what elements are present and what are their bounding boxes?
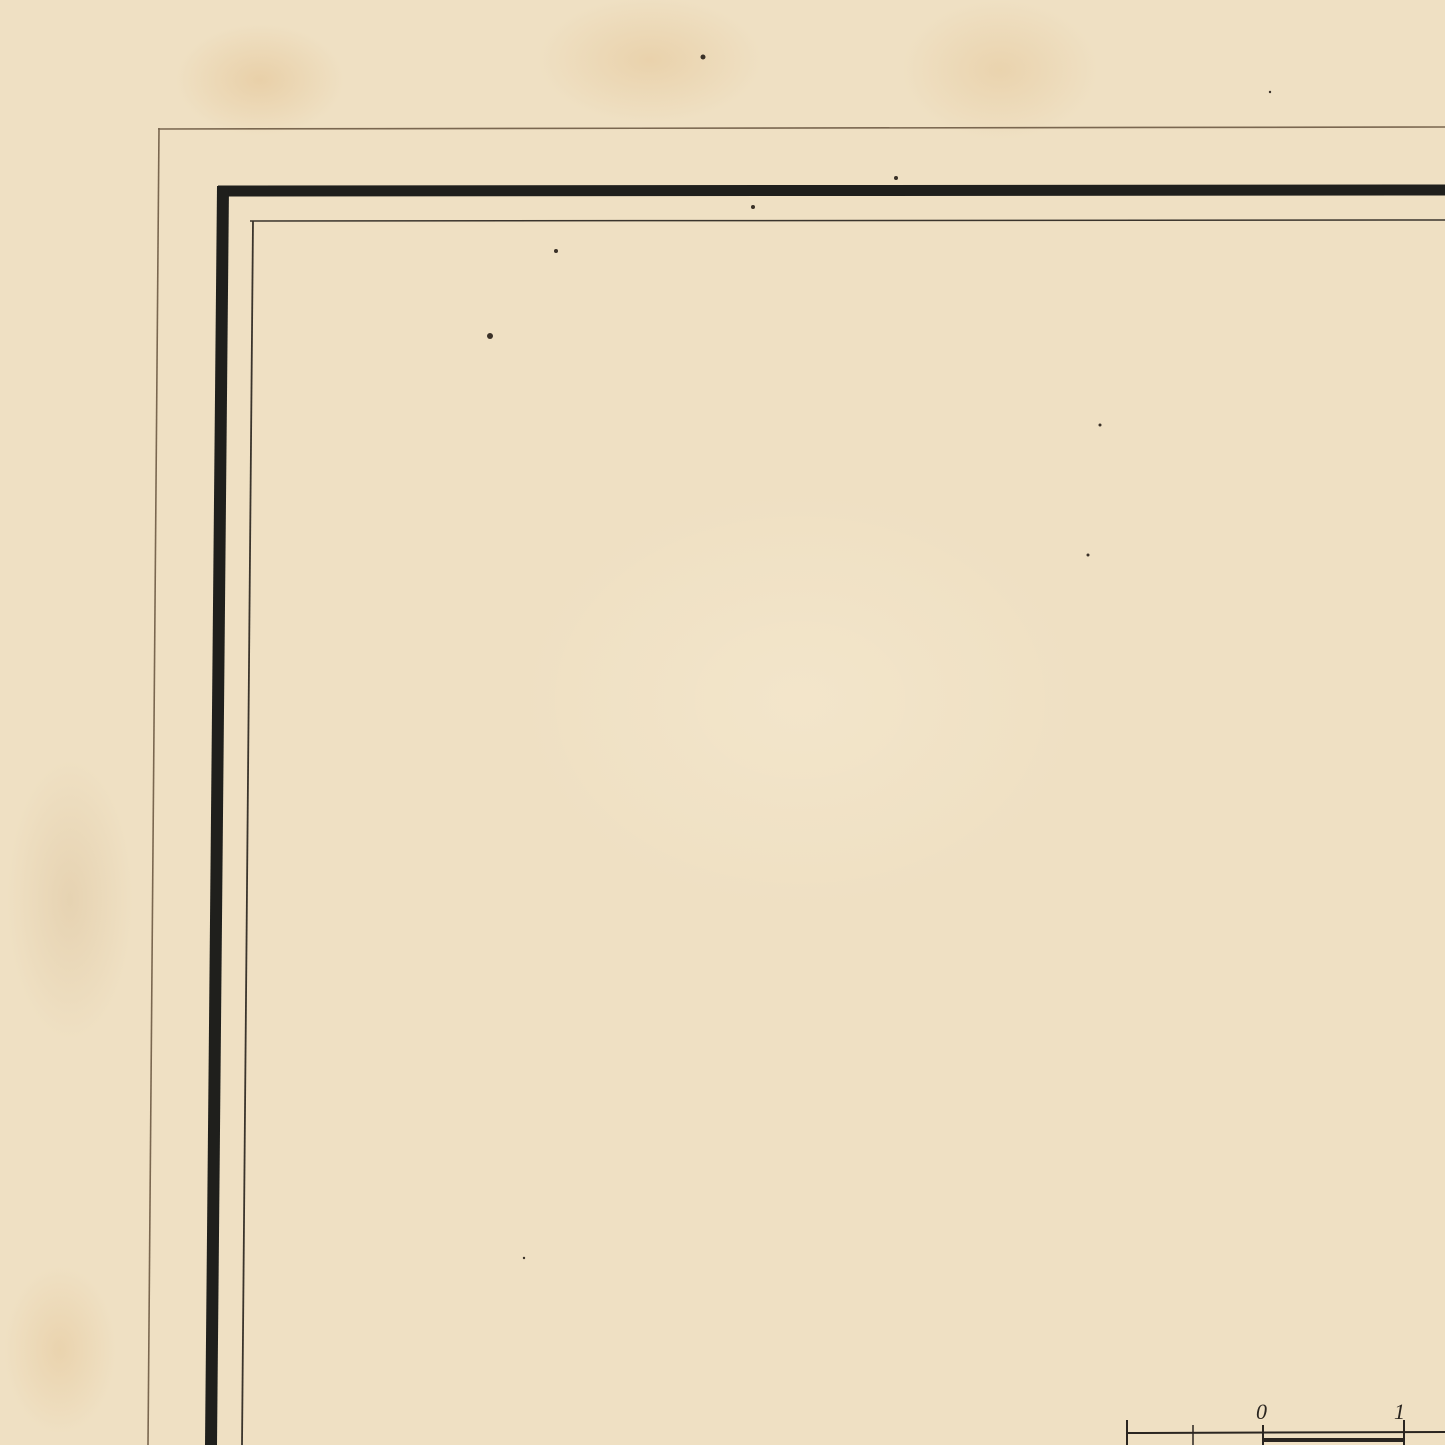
scale-label-one: 1 — [1394, 1399, 1405, 1425]
thick-border — [211, 186, 1445, 1445]
inner-border — [242, 220, 1445, 1445]
map-frame — [0, 0, 1445, 1445]
scale-label-zero: 0 — [1256, 1399, 1267, 1425]
paper-specks — [487, 55, 1271, 1260]
outer-neatline — [148, 127, 1445, 1445]
